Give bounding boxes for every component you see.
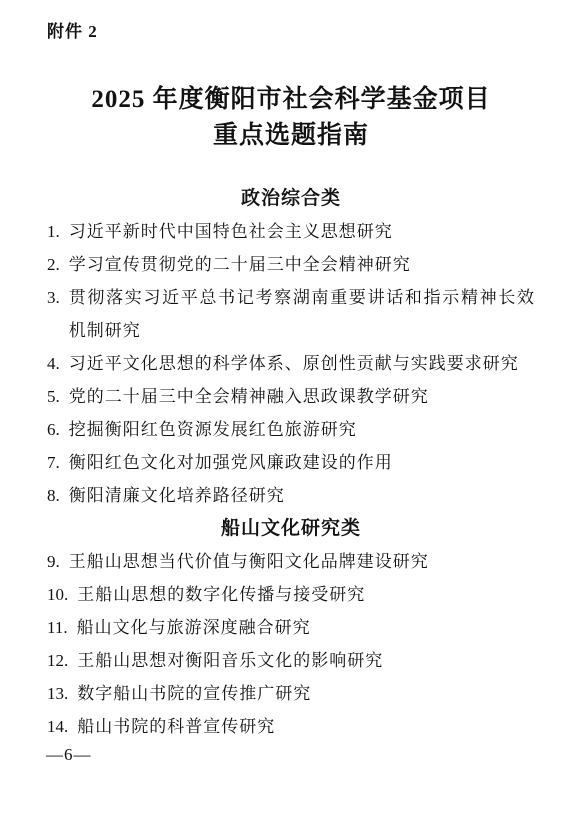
- topic-text: 习近平新时代中国特色社会主义思想研究: [69, 215, 535, 248]
- topic-number: 7.: [47, 446, 60, 479]
- topic-item: 9. 王船山思想当代价值与衡阳文化品牌建设研究: [47, 545, 535, 578]
- topic-text: 习近平文化思想的科学体系、原创性贡献与实践要求研究: [69, 347, 535, 380]
- topic-text: 贯彻落实习近平总书记考察湖南重要讲话和指示精神长效机制研究: [69, 281, 535, 347]
- topic-item: 5. 党的二十届三中全会精神融入思政课教学研究: [47, 380, 535, 413]
- topic-list: 1. 习近平新时代中国特色社会主义思想研究 2. 学习宣传贯彻党的二十届三中全会…: [47, 215, 535, 512]
- topic-item: 7. 衡阳红色文化对加强党风廉政建设的作用: [47, 446, 535, 479]
- topic-list: 9. 王船山思想当代价值与衡阳文化品牌建设研究 10. 王船山思想的数字化传播与…: [47, 545, 535, 743]
- topic-number: 6.: [47, 413, 60, 446]
- topic-text: 衡阳红色文化对加强党风廉政建设的作用: [69, 446, 535, 479]
- topic-text: 王船山思想的数字化传播与接受研究: [77, 578, 535, 611]
- topic-text: 衡阳清廉文化培养路径研究: [69, 479, 535, 512]
- section-heading: 政治综合类: [47, 182, 535, 215]
- sections: 政治综合类 1. 习近平新时代中国特色社会主义思想研究 2. 学习宣传贯彻党的二…: [47, 182, 535, 743]
- topic-text: 船山书院的科普宣传研究: [77, 710, 535, 743]
- topic-text: 王船山思想当代价值与衡阳文化品牌建设研究: [69, 545, 535, 578]
- topic-text: 船山文化与旅游深度融合研究: [77, 611, 535, 644]
- topic-number: 10.: [47, 578, 68, 611]
- topic-number: 8.: [47, 479, 60, 512]
- document-page: 附件 2 2025 年度衡阳市社会科学基金项目 重点选题指南 政治综合类 1. …: [0, 0, 581, 817]
- topic-item: 8. 衡阳清廉文化培养路径研究: [47, 479, 535, 512]
- topic-item: 1. 习近平新时代中国特色社会主义思想研究: [47, 215, 535, 248]
- title-line-1: 2025 年度衡阳市社会科学基金项目: [47, 82, 535, 118]
- topic-number: 4.: [47, 347, 60, 380]
- topic-item: 11. 船山文化与旅游深度融合研究: [47, 611, 535, 644]
- topic-item: 13. 数字船山书院的宣传推广研究: [47, 677, 535, 710]
- title-line-2: 重点选题指南: [47, 118, 535, 154]
- attachment-label: 附件 2: [47, 20, 535, 44]
- section-heading: 船山文化研究类: [47, 512, 535, 545]
- topic-number: 2.: [47, 248, 60, 281]
- topic-item: 14. 船山书院的科普宣传研究: [47, 710, 535, 743]
- topic-number: 14.: [47, 710, 68, 743]
- document-title: 2025 年度衡阳市社会科学基金项目 重点选题指南: [47, 82, 535, 154]
- topic-section: 船山文化研究类 9. 王船山思想当代价值与衡阳文化品牌建设研究 10. 王船山思…: [47, 512, 535, 743]
- topic-item: 4. 习近平文化思想的科学体系、原创性贡献与实践要求研究: [47, 347, 535, 380]
- topic-item: 12. 王船山思想对衡阳音乐文化的影响研究: [47, 644, 535, 677]
- topic-number: 3.: [47, 281, 60, 314]
- topic-number: 11.: [47, 611, 68, 644]
- topic-text: 数字船山书院的宣传推广研究: [77, 677, 535, 710]
- topic-number: 9.: [47, 545, 60, 578]
- topic-number: 5.: [47, 380, 60, 413]
- topic-text: 王船山思想对衡阳音乐文化的影响研究: [77, 644, 535, 677]
- topic-text: 党的二十届三中全会精神融入思政课教学研究: [69, 380, 535, 413]
- page-number: —6—: [46, 745, 92, 765]
- topic-item: 3. 贯彻落实习近平总书记考察湖南重要讲话和指示精神长效机制研究: [47, 281, 535, 347]
- topic-section: 政治综合类 1. 习近平新时代中国特色社会主义思想研究 2. 学习宣传贯彻党的二…: [47, 182, 535, 512]
- topic-item: 10. 王船山思想的数字化传播与接受研究: [47, 578, 535, 611]
- topic-number: 1.: [47, 215, 60, 248]
- topic-number: 13.: [47, 677, 68, 710]
- topic-text: 学习宣传贯彻党的二十届三中全会精神研究: [69, 248, 535, 281]
- topic-text: 挖掘衡阳红色资源发展红色旅游研究: [69, 413, 535, 446]
- topic-item: 6. 挖掘衡阳红色资源发展红色旅游研究: [47, 413, 535, 446]
- topic-item: 2. 学习宣传贯彻党的二十届三中全会精神研究: [47, 248, 535, 281]
- topic-number: 12.: [47, 644, 68, 677]
